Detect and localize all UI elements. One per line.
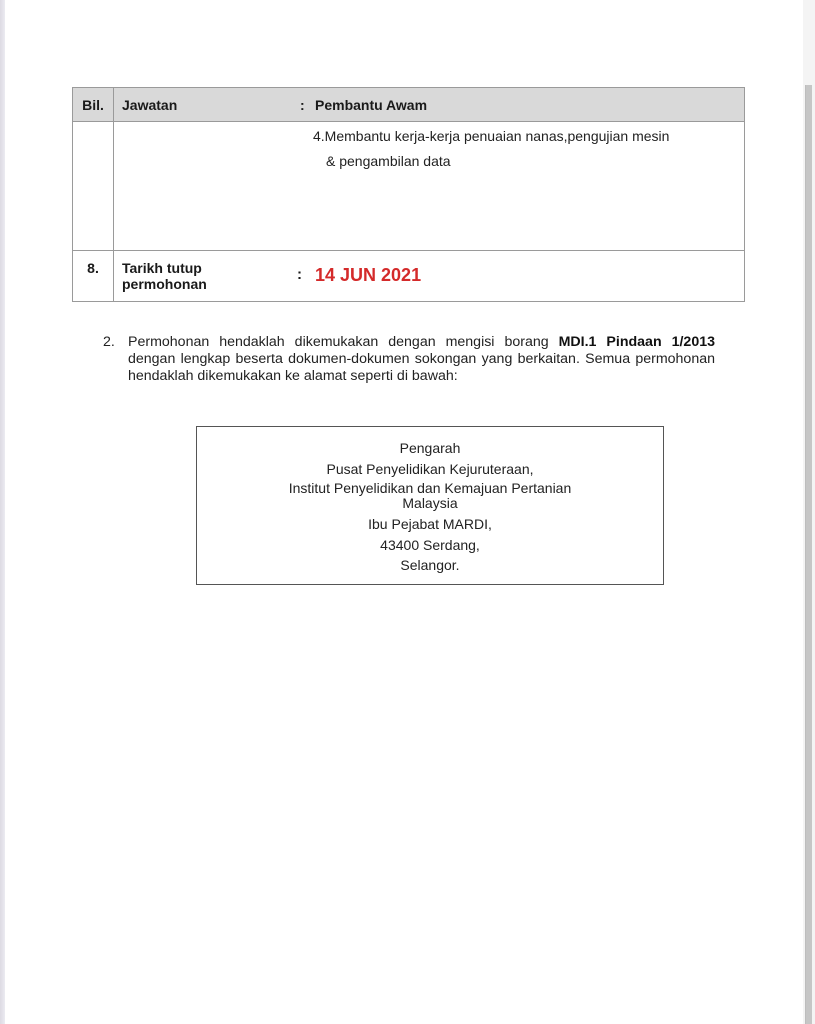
closing-bil: 8. [73,251,114,302]
closing-label: Tarikh tutup permohonan [122,260,207,292]
duty-text: 4.Membantu kerja-kerja penuaian nanas,pe… [313,124,669,174]
address-line: Pusat Penyelidikan Kejuruteraan, [197,459,663,480]
header-bil: Bil. [73,88,114,122]
application-paragraph: 2. Permohonan hendaklah dikemukakan deng… [103,334,715,385]
duty-line-2: & pengambilan data [313,149,669,174]
address-box: Pengarah Pusat Penyelidikan Kejuruteraan… [196,426,664,585]
closing-label-line-2: permohonan [122,276,207,292]
duty-line-1: 4.Membantu kerja-kerja penuaian nanas,pe… [313,128,669,144]
paragraph-text-after: dengan lengkap beserta dokumen-dokumen s… [128,351,715,384]
paragraph-text: Permohonan hendaklah dikemukakan dengan … [128,334,715,385]
address-line: Selangor. [197,555,663,576]
header-jawatan-cell: Jawatan : Pembantu Awam [114,88,745,122]
job-info-table: Bil. Jawatan : Pembantu Awam 4.Membantu … [72,87,745,302]
table-header-row: Bil. Jawatan : Pembantu Awam [73,88,745,122]
duty-bil-cell [73,122,114,251]
table-row-closing-date: 8. Tarikh tutup permohonan : 14 JUN 2021 [73,251,745,302]
closing-colon: : [297,266,302,283]
closing-date-value: 14 JUN 2021 [315,265,421,286]
table-row-duty: 4.Membantu kerja-kerja penuaian nanas,pe… [73,122,745,251]
address-line: 43400 Serdang, [197,535,663,556]
address-line: Malaysia [197,496,663,511]
header-jawatan-label: Jawatan [122,97,177,113]
address-line: Institut Penyelidikan dan Kemajuan Perta… [197,481,663,496]
paragraph-text-before: Permohonan hendaklah dikemukakan dengan … [128,334,559,350]
paragraph-number: 2. [103,334,115,351]
address-line: Ibu Pejabat MARDI, [197,514,663,535]
header-colon: : [300,97,305,113]
vertical-scrollbar[interactable] [805,85,812,1024]
header-jawatan-value: Pembantu Awam [315,97,427,113]
address-line: Pengarah [197,438,663,459]
duty-cell: 4.Membantu kerja-kerja penuaian nanas,pe… [114,122,745,251]
closing-label-line-1: Tarikh tutup [122,260,202,276]
closing-cell: Tarikh tutup permohonan : 14 JUN 2021 [114,251,745,302]
form-reference: MDI.1 Pindaan 1/2013 [559,334,715,350]
